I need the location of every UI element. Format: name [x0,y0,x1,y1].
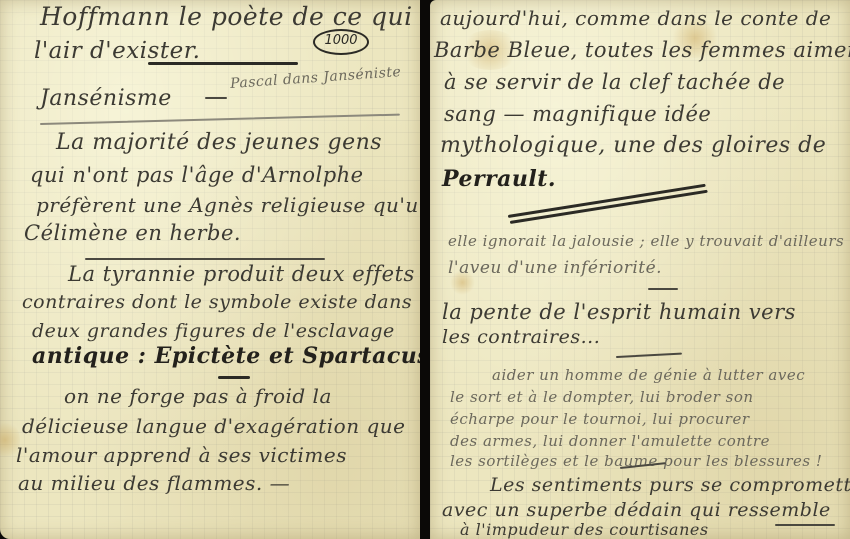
note-line: contraires dont le symbole existe dans [22,291,412,313]
note-line: Hoffmann le poète de ce qui n'a pas [40,2,420,31]
note-line: le sort et à le dompter, lui broder son [450,388,754,406]
note-line: Barbe Bleue, toutes les femmes aiment [434,38,850,62]
note-line: La majorité des jeunes gens [56,130,382,155]
note-line: aider un homme de génie à lutter avec [492,366,805,384]
underline-stroke [148,62,298,65]
note-line: deux grandes figures de l'esclavage [32,320,395,342]
dash-stroke [616,353,682,358]
note-line: préfèrent une Agnès religieuse qu'une [36,193,420,217]
note-line: l'aveu d'une infériorité. [448,258,662,278]
note-line: délicieuse langue d'exagération que [22,414,405,438]
underline-stroke [775,524,835,526]
note-line: sang — magnifique idée [444,102,711,126]
separator-stroke [85,258,325,260]
right-manuscript-page: aujourd'hui, comme dans le conte de Barb… [430,0,850,539]
note-line: elle ignorait la jalousie ; elle y trouv… [448,232,844,250]
dash-stroke [218,376,250,379]
note-line: des armes, lui donner l'amulette contre [450,432,770,450]
double-underline-stroke [510,190,708,224]
note-line: au milieu des flammes. — [18,471,290,495]
note-line: aujourd'hui, comme dans le conte de [440,6,831,30]
note-line: à se servir de la clef tachée de [444,70,785,94]
note-line: à l'impudeur des courtisanes [460,520,709,539]
note-line: on ne forge pas à froid la [64,384,332,408]
note-line: Jansénisme [40,86,172,111]
note-line: Célimène en herbe. [24,221,241,245]
note-line: Pascal dans Janséniste [230,64,402,92]
separator-stroke [40,114,400,125]
note-line: la pente de l'esprit humain vers [442,300,796,324]
note-line: les contraires... [442,326,600,348]
note-line: l'air d'exister. [34,38,200,64]
note-line: Perrault. [442,166,556,192]
dash-stroke [205,97,227,99]
note-line: mythologique, une des gloires de [440,133,826,158]
note-line: écharpe pour le tournoi, lui procurer [450,410,750,428]
note-line: antique : Epictète et Spartacus [32,343,420,369]
note-line: avec un superbe dédain qui ressemble [442,499,831,521]
note-line: Les sentiments purs se compromettent [490,474,850,496]
left-manuscript-page: Hoffmann le poète de ce qui n'a pas l'ai… [0,0,420,539]
note-line: La tyrannie produit deux effets [68,262,415,286]
note-line: l'amour apprend à ses victimes [16,443,347,467]
dash-stroke [648,288,678,290]
note-line: qui n'ont pas l'âge d'Arnolphe [30,163,364,187]
page-number-badge: 1000 [313,29,369,55]
